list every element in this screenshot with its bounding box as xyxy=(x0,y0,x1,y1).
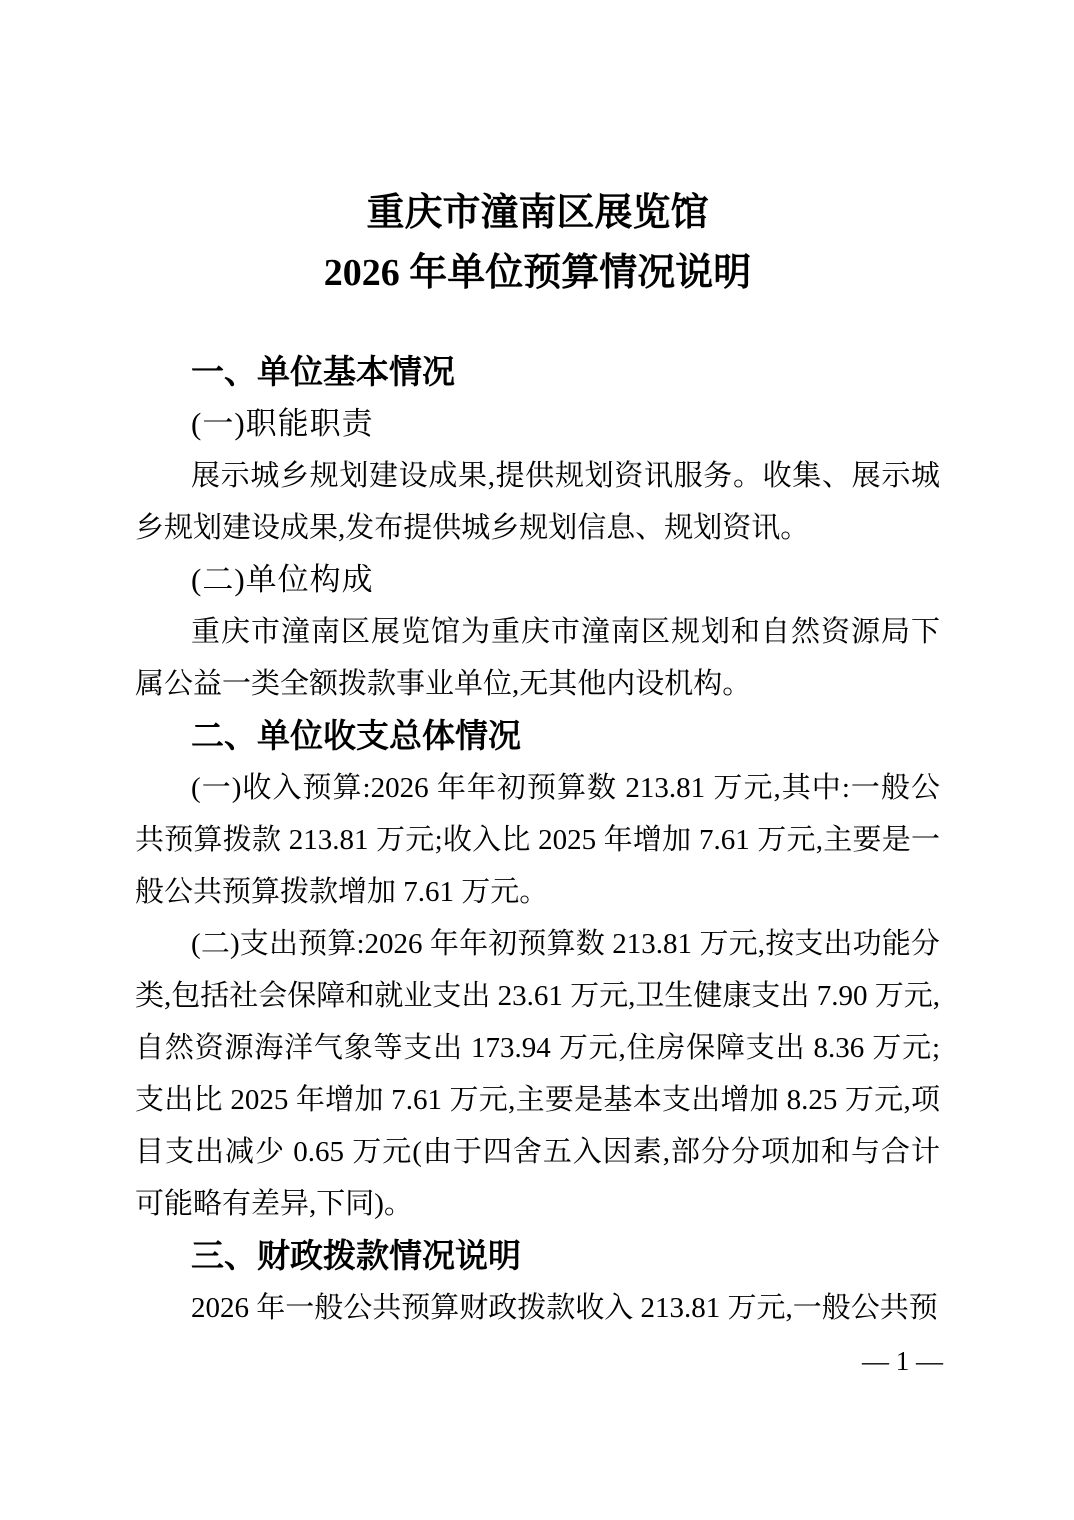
section-heading-unit-basic-info: 一、单位基本情况 xyxy=(135,346,940,398)
subsection-heading-functions: (一)职能职责 xyxy=(135,398,940,450)
page-number: — 1 — xyxy=(862,1346,943,1376)
section-heading-revenue-expenditure: 二、单位收支总体情况 xyxy=(135,710,940,762)
paragraph-revenue-budget: (一)收入预算:2026 年年初预算数 213.81 万元,其中:一般公共预算拨… xyxy=(135,762,940,918)
paragraph-unit-composition: 重庆市潼南区展览馆为重庆市潼南区规划和自然资源局下属公益一类全额拨款事业单位,无… xyxy=(135,606,940,710)
paragraph-functions: 展示城乡规划建设成果,提供规划资讯服务。收集、展示城乡规划建设成果,发布提供城乡… xyxy=(135,450,940,554)
paragraph-expenditure-budget: (二)支出预算:2026 年年初预算数 213.81 万元,按支出功能分类,包括… xyxy=(135,918,940,1230)
section-heading-fiscal-appropriation: 三、财政拨款情况说明 xyxy=(135,1230,940,1282)
document-title-line-1: 重庆市潼南区展览馆 xyxy=(135,183,940,243)
paragraph-fiscal-appropriation: 2026 年一般公共预算财政拨款收入 213.81 万元,一般公共预 xyxy=(135,1282,940,1334)
document-page: 重庆市潼南区展览馆 2026 年单位预算情况说明 一、单位基本情况 (一)职能职… xyxy=(0,0,1074,1520)
document-title-line-2: 2026 年单位预算情况说明 xyxy=(135,243,940,303)
subsection-heading-unit-composition: (二)单位构成 xyxy=(135,554,940,606)
document-body: 一、单位基本情况 (一)职能职责 展示城乡规划建设成果,提供规划资讯服务。收集、… xyxy=(135,346,940,1334)
document-title: 重庆市潼南区展览馆 2026 年单位预算情况说明 xyxy=(135,183,940,303)
